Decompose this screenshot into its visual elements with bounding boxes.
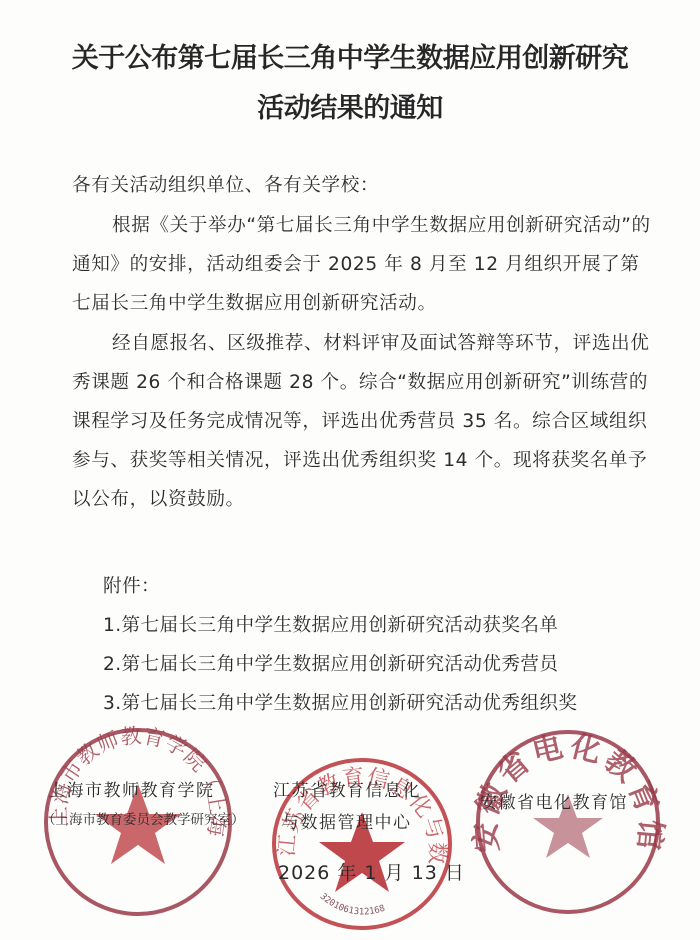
signatory-anhui-name: 安徽省电化教育馆 [480,788,628,813]
document-title-line-2: 活动结果的通知 [0,86,700,125]
signatory-jiangsu-line-1: 江苏省教育信息化 [273,776,421,801]
paragraph-arrangement: 根据《关于举办“第七届长三角中学生数据应用创新研究活动”的通知》的安排，活动组委… [72,206,652,323]
signatory-shanghai-name: 上海市教师教育学院 [48,776,215,801]
attachment-item-3: 3.第七届长三角中学生数据应用创新研究活动优秀组织奖 [103,684,577,723]
document-title-line-1: 关于公布第七届长三角中学生数据应用创新研究 [0,36,700,75]
notice-document: 关于公布第七届长三角中学生数据应用创新研究 活动结果的通知 各有关活动组织单位、… [0,0,700,940]
svg-text:3201061312168: 3201061312168 [318,892,387,918]
salutation: 各有关活动组织单位、各有关学校： [72,166,652,205]
signatory-jiangsu-line-2: 与数据管理中心 [282,808,412,833]
paragraph-results: 经自愿报名、区级推荐、材料评审及面试答辩等环节，评选出优秀课题 26 个和合格课… [72,324,652,519]
attachments-section: 附件： 1.第七届长三角中学生数据应用创新研究活动获奖名单 2.第七届长三角中学… [103,567,577,723]
signatory-shanghai-sub: （上海市教育委员会教学研究室） [42,808,245,828]
anhui-official-seal-icon: 安徽省电化教育馆 [468,722,668,922]
issue-date: 2026 年 1 月 13 日 [278,858,465,885]
attachment-item-2: 2.第七届长三角中学生数据应用创新研究活动优秀营员 [103,645,577,684]
attachment-item-1: 1.第七届长三角中学生数据应用创新研究活动获奖名单 [103,606,577,645]
attachments-label: 附件： [103,567,577,606]
